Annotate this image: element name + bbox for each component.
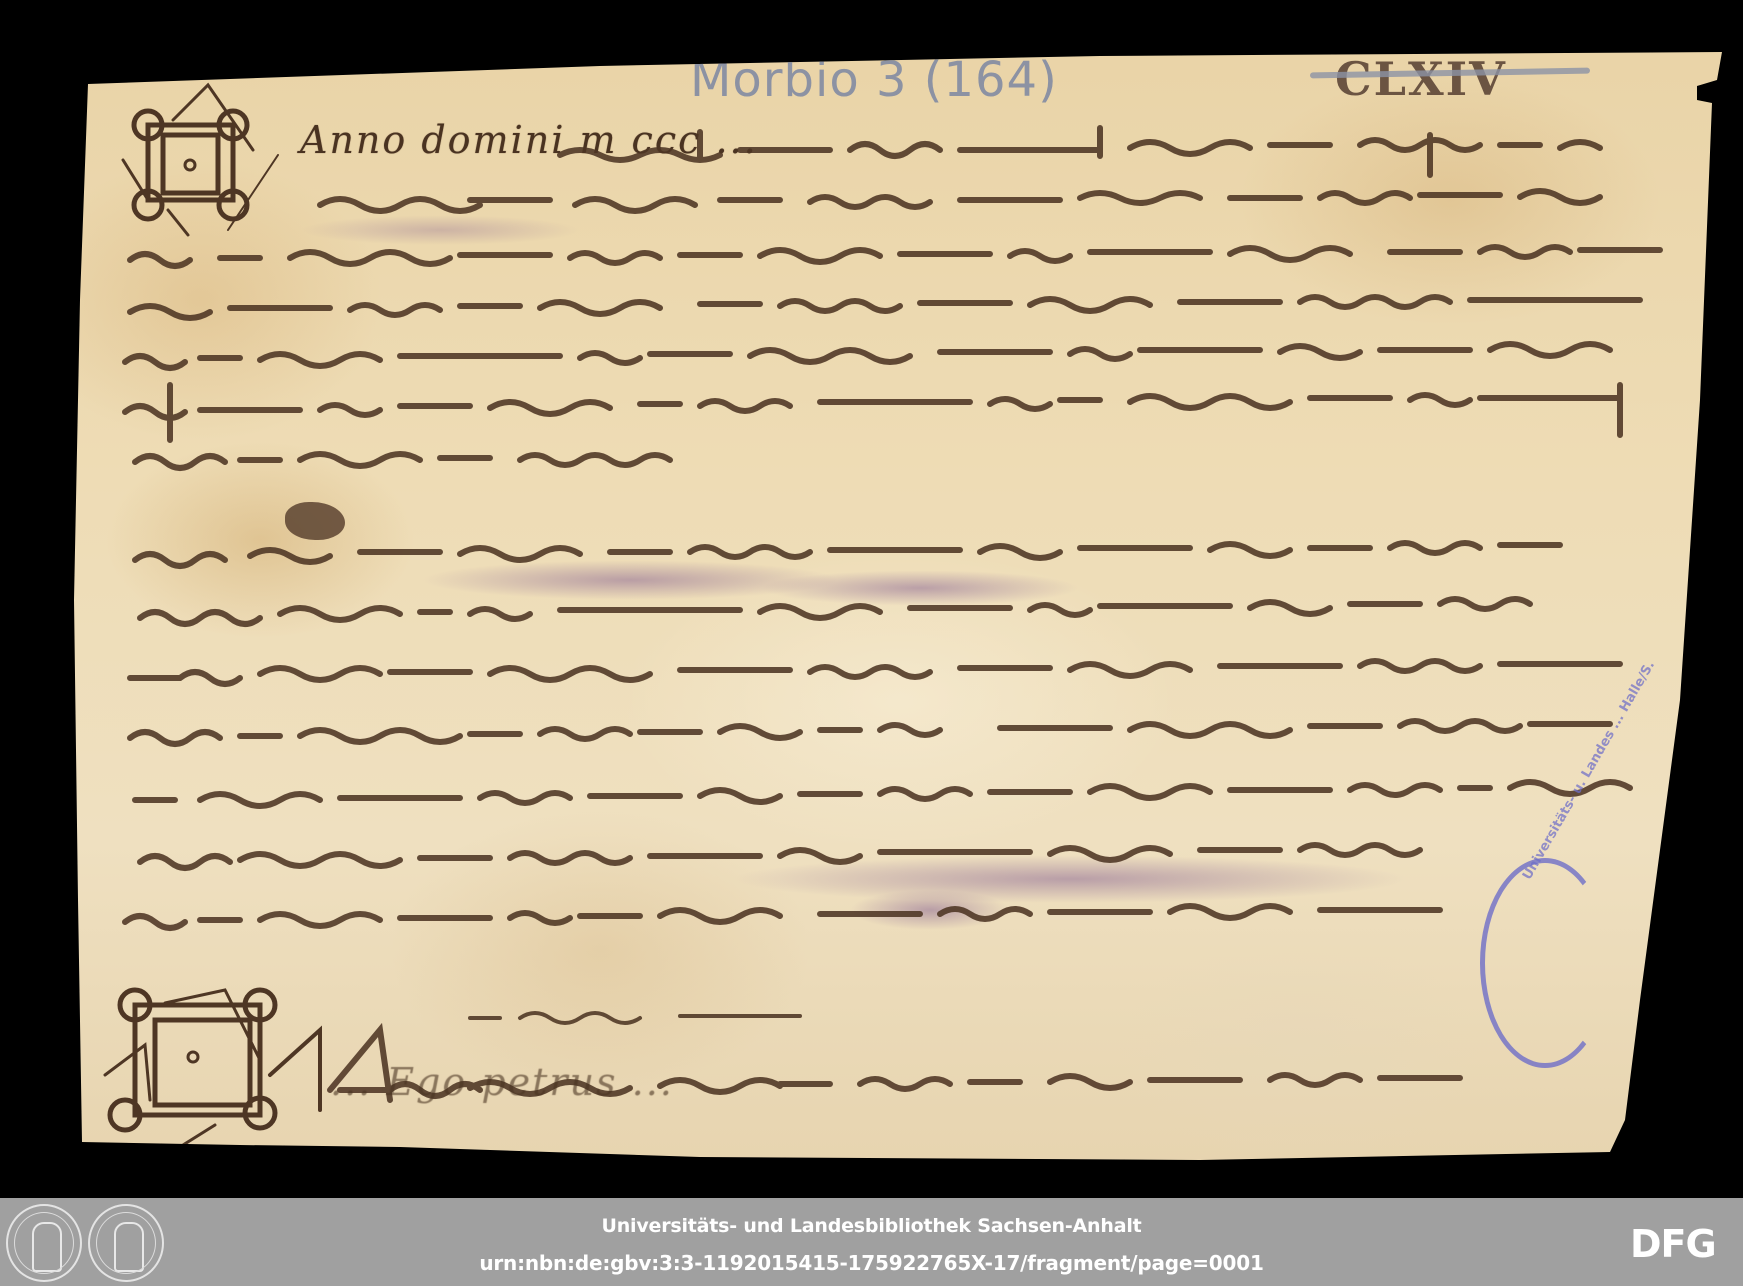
parchment-fragment: Morbio 3 (164) CLXIV — [0, 0, 1743, 1198]
manuscript-line-signature: ... Ego petrus ... — [330, 1060, 674, 1104]
urn-link[interactable]: urn:nbn:de:gbv:3:3-1192015415-175922765X… — [0, 1251, 1743, 1275]
manuscript-viewer: Morbio 3 (164) CLXIV — [0, 0, 1743, 1198]
handwriting-strokes — [0, 0, 1743, 1198]
library-stamp — [1480, 858, 1610, 1068]
dfg-logo: DFG — [1630, 1222, 1716, 1266]
institution-name: Universitäts- und Landesbibliothek Sachs… — [0, 1215, 1743, 1237]
library-footer: Universitäts- und Landesbibliothek Sachs… — [0, 1198, 1743, 1286]
